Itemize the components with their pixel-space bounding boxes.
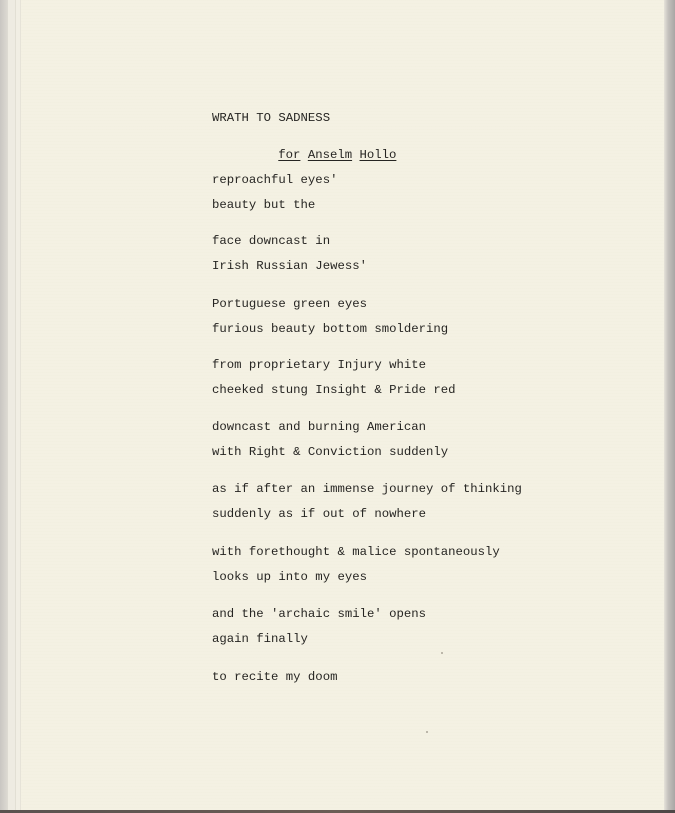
poem-line: Irish Russian Jewess' (212, 260, 367, 272)
paper-speck (441, 652, 443, 654)
poem-line: to recite my doom (212, 671, 337, 683)
paper-speck (426, 731, 428, 733)
poem-line: reproachful eyes' (212, 174, 337, 186)
poem-line: again finally (212, 633, 308, 645)
poem-line: looks up into my eyes (212, 571, 367, 583)
poem-dedication: for Anselm Hollo (234, 137, 396, 174)
dedication-word: Hollo (359, 148, 396, 162)
poem-line: furious beauty bottom smoldering (212, 323, 448, 335)
poem-line: downcast and burning American (212, 421, 426, 433)
scanned-page: WRATH TO SADNESS for Anselm Hollo reproa… (0, 0, 675, 813)
dedication-word: for (278, 148, 300, 162)
poem-line: with Right & Conviction suddenly (212, 446, 448, 458)
poem-line: cheeked stung Insight & Pride red (212, 384, 456, 396)
poem-line: as if after an immense journey of thinki… (212, 483, 522, 495)
paper-sheet (21, 0, 664, 810)
poem-line: face downcast in (212, 235, 330, 247)
poem-line: from proprietary Injury white (212, 359, 426, 371)
poem-line: and the 'archaic smile' opens (212, 608, 426, 620)
page-edge-left-inner (8, 0, 16, 813)
poem-title: WRATH TO SADNESS (212, 112, 330, 124)
poem-line: with forethought & malice spontaneously (212, 546, 500, 558)
page-edge-left (0, 0, 8, 813)
page-edge-right (664, 0, 675, 813)
poem-line: suddenly as if out of nowhere (212, 508, 426, 520)
dedication-word: Anselm (308, 148, 352, 162)
poem-line: beauty but the (212, 199, 315, 211)
poem-line: Portuguese green eyes (212, 298, 367, 310)
